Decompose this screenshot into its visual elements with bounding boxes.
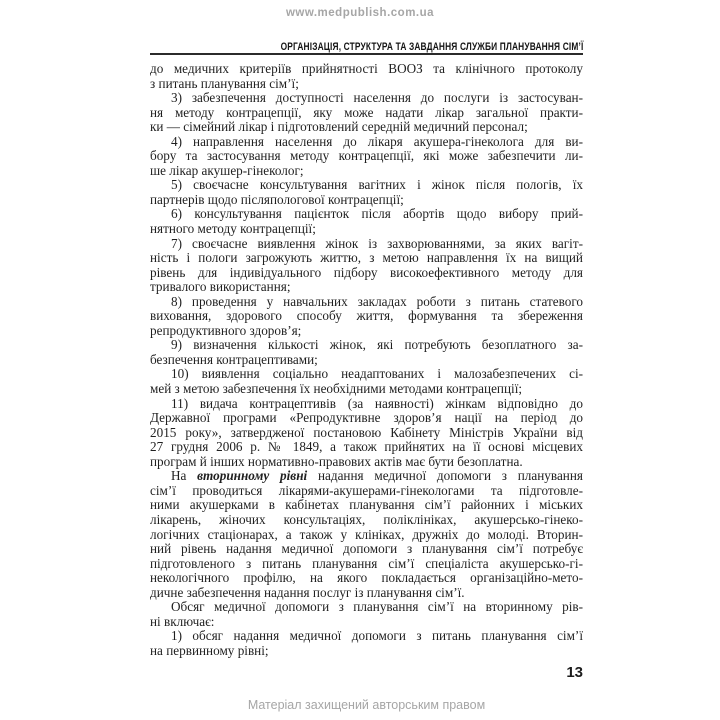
paragraph: 10) виявлення соціально неадаптованих і … <box>150 367 583 396</box>
text-line: ними акушерками в кабінетах планування с… <box>150 498 583 513</box>
text-line: 8) проведення у навчальних закладах робо… <box>150 295 583 310</box>
text-line: 3) забезпечення доступності населення до… <box>150 91 583 106</box>
text-line: ше лікар акушер-гінеколог; <box>150 164 583 179</box>
text-line: дичне забезпечення надання послуг із пла… <box>150 586 583 601</box>
text-line: бору та застосування методу контрацепції… <box>150 149 583 164</box>
text-line: репродуктивного здоров’я; <box>150 324 583 339</box>
text-line: ність і пологи загрожують життю, з метою… <box>150 251 583 266</box>
text-line: некологічного профілю, на якого покладає… <box>150 571 583 586</box>
text-line: виховання, здорового способу життя, форм… <box>150 309 583 324</box>
text-line: 10) виявлення соціально неадаптованих і … <box>150 367 583 382</box>
copyright-watermark: Матеріал захищений авторським правом <box>150 698 583 712</box>
book-page: www.medpublish.com.ua ОРГАНІЗАЦІЯ, СТРУК… <box>0 0 720 720</box>
text-run: вторинному рівні <box>197 468 307 483</box>
paragraph: 8) проведення у навчальних закладах робо… <box>150 295 583 339</box>
paragraph: Обсяг медичної допомоги з планування сім… <box>150 600 583 629</box>
publisher-watermark: www.medpublish.com.ua <box>0 7 720 19</box>
text-line: до медичних критеріїв прийнятності ВООЗ … <box>150 62 583 77</box>
text-line: ні включає: <box>150 615 583 630</box>
paragraph: 9) визначення кількості жінок, які потре… <box>150 338 583 367</box>
text-line: 1) обсяг надання медичної допомоги з пит… <box>150 629 583 644</box>
text-line: 2015 року», затвердженої постановою Кабі… <box>150 426 583 441</box>
text-line: логічних стаціонарах, а також у клініках… <box>150 528 583 543</box>
text-line: на первинному рівні; <box>150 644 583 659</box>
header-rule <box>150 53 583 55</box>
text-line: лікарень, жіночих консультаціях, поліклі… <box>150 513 583 528</box>
paragraph: 3) забезпечення доступності населення до… <box>150 91 583 135</box>
text-line: рівень для індивідуального підбору висок… <box>150 266 583 281</box>
paragraph: 4) направлення населення до лікаря акуше… <box>150 135 583 179</box>
text-line: підготовленого з питань планування сім’ї… <box>150 557 583 572</box>
text-line: 9) визначення кількості жінок, які потре… <box>150 338 583 353</box>
paragraph: На вторинному рівні надання медичної доп… <box>150 469 583 600</box>
text-line: партнерів щодо післяпологової контрацепц… <box>150 193 583 208</box>
text-line: 4) направлення населення до лікаря акуше… <box>150 135 583 150</box>
text-line: ний рівень надання медичної допомоги з п… <box>150 542 583 557</box>
text-line: ня методу контрацепції, яку може надати … <box>150 106 583 121</box>
paragraph: 7) своєчасне виявлення жінок із захворюв… <box>150 237 583 295</box>
text-line: 11) видача контрацептивів (за наявності)… <box>150 397 583 412</box>
text-line: 6) консультування пацієнток після аборті… <box>150 207 583 222</box>
text-run: На <box>171 468 197 483</box>
paragraph: 11) видача контрацептивів (за наявності)… <box>150 397 583 470</box>
page-number: 13 <box>150 664 583 681</box>
text-line: 27 грудня 2006 р. № 1849, а також прийня… <box>150 440 583 455</box>
text-line: 5) своєчасне консультування вагітних і ж… <box>150 178 583 193</box>
text-line: Обсяг медичної допомоги з планування сім… <box>150 600 583 615</box>
text-line: сім’ї проводиться лікарями-акушерами-гін… <box>150 484 583 499</box>
text-line: мей з метою забезпечення їх необхідними … <box>150 382 583 397</box>
text-line: тривалого використання; <box>150 280 583 295</box>
text-run: надання медичної допомоги з планування <box>307 468 583 483</box>
text-line: програм й інших нормативно-правових акті… <box>150 455 583 470</box>
text-line: нятного методу контрацепції; <box>150 222 583 237</box>
text-line: з питань планування сім’ї; <box>150 77 583 92</box>
text-line: 7) своєчасне виявлення жінок із захворюв… <box>150 237 583 252</box>
paragraph: 6) консультування пацієнток після аборті… <box>150 207 583 236</box>
text-line: На вторинному рівні надання медичної доп… <box>150 469 583 484</box>
paragraph: 1) обсяг надання медичної допомоги з пит… <box>150 629 583 658</box>
text-line: безпечення контрацептивами; <box>150 353 583 368</box>
body-text: до медичних критеріїв прийнятності ВООЗ … <box>150 62 583 658</box>
paragraph: до медичних критеріїв прийнятності ВООЗ … <box>150 62 583 91</box>
text-line: Державної програми «Репродуктивне здоров… <box>150 411 583 426</box>
paragraph: 5) своєчасне консультування вагітних і ж… <box>150 178 583 207</box>
text-line: ки — сімейний лікар і підготовлений сере… <box>150 120 583 135</box>
